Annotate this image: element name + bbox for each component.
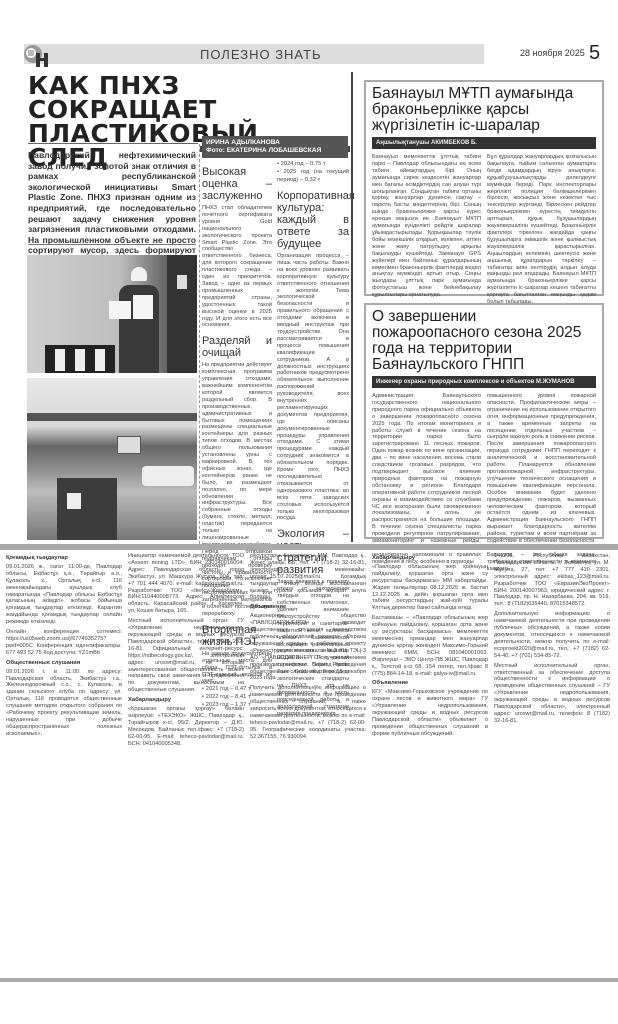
notice-text: 09.01.2026 ж., сағат 11:00-де, Павлодар …	[6, 564, 122, 626]
notice-heading: Қоғамдық тыңдаулар	[6, 555, 122, 562]
notice-heading: Хабарландыру	[128, 697, 244, 704]
author-name: ИРИНА АДЫЛКАНОВА	[206, 139, 344, 147]
classifieds-divider	[0, 544, 618, 550]
section-text: Организация процесса – лишь часть работы…	[277, 253, 349, 522]
column-divider	[351, 72, 353, 542]
column-separator	[199, 144, 200, 544]
divider	[28, 143, 198, 144]
stat-bullet: • 2025 год (на текущий период) – 0,32 т	[277, 168, 349, 184]
stat-bullet: • 2024 год – 0,75 т	[277, 160, 349, 168]
notice-text: Акционерное общество «ПАВЛОДАРЭНЕРГО» пр…	[250, 613, 366, 682]
article-byline: ИРИНА АДЫЛКАНОВА Фото: ЕКАТЕРИНА ЛОБАШЕВ…	[202, 136, 348, 158]
notice-text: ресурстары басқармасы ММ, Павлодар қ., Ж…	[250, 553, 366, 601]
notice-text: Дополнительную информацию о намечаемой д…	[494, 611, 610, 659]
classifieds-column-2: Инициатор намечаемой деятельности: ТОО «…	[128, 553, 244, 750]
notice-heading: Объявление	[250, 604, 366, 611]
page-footer-band	[0, 978, 618, 982]
notice-text: Онлайн конференция сілтемесі: https://us…	[6, 629, 122, 657]
notice-text: Местный исполнительный орган, ответствен…	[494, 663, 610, 725]
issue-date: 28 ноября 2025	[520, 48, 585, 58]
section-text: ПНХЗ стал обладателем почётного сертифик…	[202, 205, 272, 329]
article-photo-certificate	[27, 255, 197, 373]
article-photo-industrial-site	[27, 378, 197, 540]
fire-season-article-box: О завершении пожароопасного сезона 2025 …	[364, 303, 604, 539]
notice-text: «Павлодар облысының жер қойнауын пайдала…	[372, 564, 488, 612]
notice-text: Инициатор намечаемой деятельности: ТОО «…	[128, 553, 244, 615]
box-byline: Аңшылықтанушы АКИМБЕКОВ Б.	[372, 137, 596, 149]
photo-credit: Фото: ЕКАТЕРИНА ЛОБАШЕВСКАЯ	[206, 147, 344, 155]
classifieds-column-4: Хабарландыру «Павлодар облысының жер қой…	[372, 553, 488, 741]
box-headline: Баянауыл МҰТП аумағында браконьерлікке қ…	[372, 86, 596, 134]
divider	[28, 244, 196, 245]
notice-text: 09.01.2026 г. в 11:00 по адресу: Павлода…	[6, 669, 122, 738]
notice-heading: Хабарландыру	[372, 555, 488, 562]
kazakh-article-box: Баянауыл МҰТП аумағында браконьерлікке қ…	[364, 80, 604, 296]
classifieds-column-3: ресурстары басқармасы ММ, Павлодар қ., Ж…	[250, 553, 366, 744]
section-title: ПОЛЕЗНО ЗНАТЬ	[200, 47, 322, 62]
notice-heading: Общественные слушания	[6, 660, 122, 667]
classifieds-column-5: 141206, Республика Казахстан, Павлодарск…	[494, 553, 610, 728]
section-heading: Высокая оценка – заслуженно	[202, 166, 272, 202]
notice-heading: Объявление	[372, 680, 488, 687]
notice-text: Бастамашы – «Павлодар облысының жер қойн…	[372, 615, 488, 677]
box-column-1: Баянауыл мемлекеттік ұлттық табиғи паркі…	[372, 154, 481, 306]
box-headline: О завершении пожароопасного сезона 2025 …	[372, 309, 596, 373]
notice-text: 141206, Республика Казахстан, Павлодарск…	[494, 553, 610, 608]
notice-text: Местный исполнительный орган: ГУ «Управл…	[128, 618, 244, 694]
section-heading: Разделяй и очищай	[202, 335, 272, 359]
box-column-2: Бұл құралдар жануарлардың қозғалысын бақ…	[487, 154, 596, 306]
notice-text: КГУ «Максимо-Горьковское учреждение по о…	[372, 689, 488, 737]
newspaper-logo-icon	[22, 43, 50, 69]
box-byline: Инженер охраны природных комплексов и об…	[372, 376, 596, 388]
page-number: 5	[589, 42, 600, 65]
section-heading: Корпоративная культура: каждый в ответе …	[277, 190, 349, 250]
notice-text: «Қоршаған ортаны қорғау» бөлімін әзірлеу…	[128, 706, 244, 747]
classifieds-column-1: Қоғамдық тыңдаулар 09.01.2026 ж., сағат …	[6, 553, 122, 741]
notice-text: Получить дополнительную информацию о нам…	[250, 685, 366, 740]
